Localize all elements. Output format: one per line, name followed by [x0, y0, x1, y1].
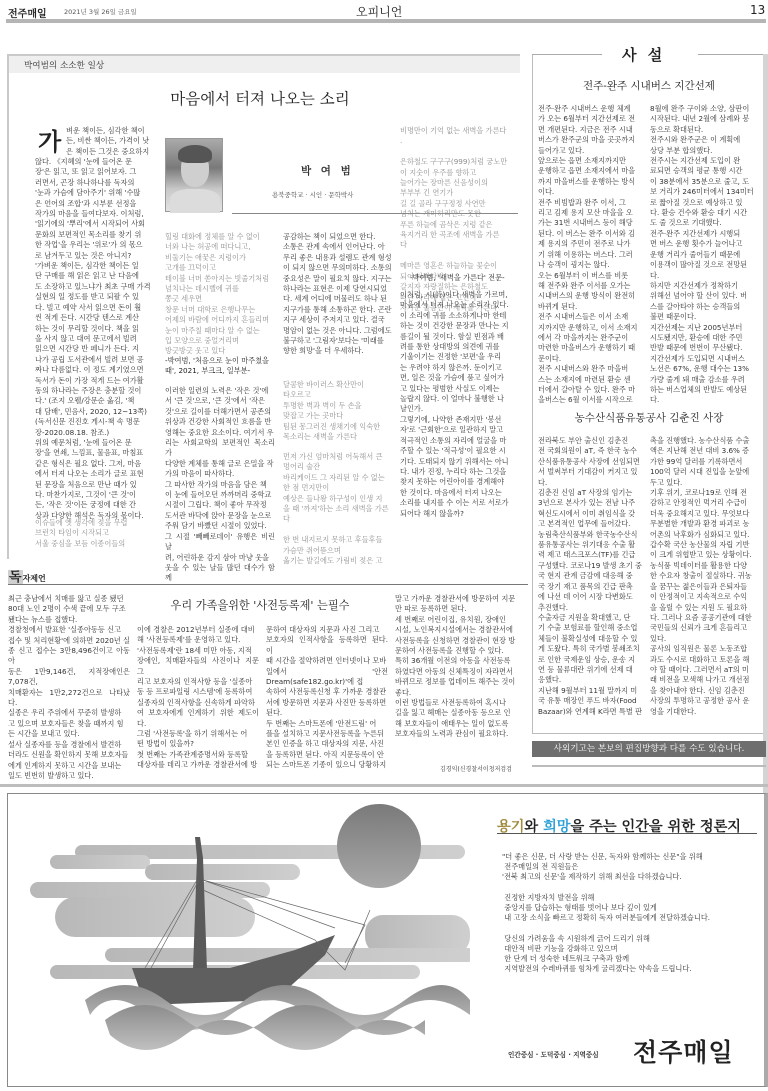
editorial-1-col1: 전주·완주 시내버스 운행 체계 가 오는 6월부터 지간선제로 전 면 개편된… [538, 104, 644, 406]
column-citation-col4: -박여범, '새벽을 가른다' 전문- [410, 273, 520, 283]
column-text-col3: 공감하는 책이 되었으면 한다. 소통은 관계 속에서 인어난다. 아 무리 좋… [283, 232, 393, 357]
disclaimer-notice: 사외기고는 본보의 편집방향과 다를 수도 있습니다. [532, 741, 766, 757]
author-name: 박 여 범 [301, 163, 354, 178]
column-series-header: 박여범의 소소한 일상 [9, 56, 520, 73]
reader-head-highlight: 독 [8, 570, 23, 585]
newspaper-brand: 전주매일 [8, 5, 47, 20]
notice-divider [532, 765, 766, 767]
reader-text-col4: 말고 가까운 경찰관서에 방문하여 지문 만 따로 등록하면 된다. 세 번째로… [395, 594, 521, 740]
column-poem-col3a: 달콤한 바이러스 확산만이 타오르고 투명한 벽과 벽이 두 손을 맞잡고 가는… [283, 380, 393, 442]
column-poem-col3b: 먼저 가신 엄마처럼 어둑해서 큰 멍어리 술잔 바리케이드 그 자리된 알 수… [283, 452, 393, 566]
editorial-title-1: 전주-완주 시내버스 지간선제 [532, 78, 766, 93]
column-title: 마음에서 터져 나오는 소리 [0, 87, 520, 109]
reader-head-rest: 자제언 [23, 574, 46, 583]
column-poem-col2: 힐링 대화에 정체를 알 수 없이 너와 나는 허공에 떠다니고, 비둘기는 애… [165, 232, 275, 357]
header-divider [6, 19, 766, 23]
reader-signature: 김경익(신경찰서이청저검검 [440, 764, 512, 773]
column-series-label: 박여범의 소소한 일상 [24, 59, 104, 71]
ad-logo: 전주매일 [633, 1033, 734, 1069]
editorial-2-col1: 전라북도 부안 출신인 김춘진 전 국회의원이 aT, 즉 한국 농수 산식품유… [538, 436, 644, 717]
section-divider [0, 784, 768, 787]
ad-body-text: "더 좋은 신문, 더 사랑 받는 신문, 독자와 함께하는 신문"을 위해 전… [502, 852, 710, 974]
editorial-1-col2: 8월에 완주 구이와 소양, 삼판이 시작된다. 내년 2월에 삼례와 봉 동으… [650, 104, 756, 406]
right-edge-bar [763, 54, 768, 794]
ship-sea-illustration-icon [25, 800, 470, 1055]
page-number: 13 [750, 3, 765, 17]
drop-cap: 가 [38, 122, 61, 157]
editorial-title-2: 농수산식품유통공사 김춘진 사장 [532, 410, 766, 425]
reader-text-col3: 문하여 대상자의 지문과 사진 그리고 보호자의 인적사항을 등록하면 된다. … [266, 625, 388, 771]
reader-divider [8, 584, 528, 585]
column-text-col1: 않다. 《지혜의 '눈에 들어온 문 장'은 읽고, 또 읽고 읽어보자. 그 … [35, 157, 157, 521]
author-affiliation: 용북중학교 · 시인 · 문학박사 [272, 190, 353, 199]
column-text-col4: 이처럼, 시(詩)이다 새벽을 가르며, 마음에서 터져 나오는 소리가 있다.… [400, 290, 512, 519]
reader-text-col2: 이에 경찰은 2012년부터 실종에 대비 해 '사전등록제'를 운영하고 있다… [137, 625, 259, 771]
reader-opinion-header: 독자제언 [8, 566, 46, 585]
reader-article-title: 우리 가족을위한 '사전등록제' 는필수 [135, 597, 385, 613]
ad-slogan: 인간중심 · 도덕중심 · 지역중심 [508, 1049, 599, 1059]
editorial-rule-right [698, 54, 766, 55]
column-citation-col2: -박여범, '처음으로 눈이 마주쳤을 때', 2021, 부크크, 일부분- [165, 356, 275, 377]
column-text-col2: 이러한 일련의 노력은 '작은 것'에 서 '큰 것'으로, '큰 것'에서 '… [165, 386, 275, 584]
ad-headline-divider [497, 833, 757, 834]
section-title: 오피니언 [356, 3, 402, 20]
editorial-label: 사 설 [622, 44, 665, 65]
issue-date: 2021년 3월 26일 금요일 [64, 7, 137, 16]
column-poem-col4: 비명만이 기억 없는 새벽을 가른다 . 은하철도 구구구(999)처럼 궁노만… [400, 126, 512, 313]
editorial-rule-left [532, 54, 602, 55]
column-text-lead: 벼운 책이든, 심각한 책이 든, 비싼 책이든, 가격이 낫 은 책이든 그것… [66, 126, 156, 157]
editorial-2-col2: 촉을 진행했다. 농수산식품 수출 액은 지난해 전년 대비 3.6% 증 가한… [650, 436, 756, 717]
reader-text-col1: 최근 충남에서 치매를 앓고 실종 됐던 80대 노인 2명이 수색 끝에 모두… [8, 594, 130, 781]
author-photo [165, 138, 223, 212]
column-poem-col1: 이슈들에 옛 생각에 젖을 무렵 브런치 타임이 시작되고 서울 중심을 보듬 … [35, 518, 157, 549]
